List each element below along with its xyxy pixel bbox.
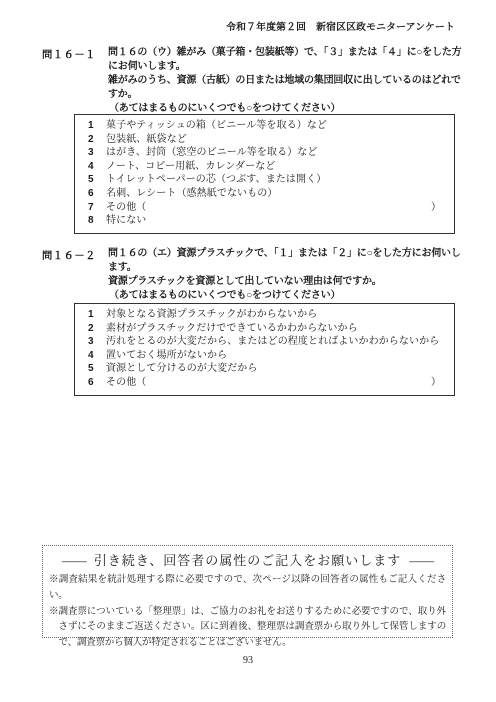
question-text-line: 問１６の（ウ）雑がみ（菓子箱・包装紙等）で、「３」または「４」に○をした方 [108,46,461,60]
option-row: 5 トイレットペーパーの芯（つぶす、または開く） [88,173,441,187]
notice-dash-right: ―― [409,553,433,568]
option-text: 名刺、レシート（感熱紙でないもの） [106,187,277,201]
attributes-notice-box: ――引き続き、回答者の属性のご記入をお願いします―― ※調査結果を統計処理する際… [42,545,453,638]
question-text-line: すか。 [108,88,461,102]
notice-title-text: 引き続き、回答者の属性のご記入をお願いします [94,553,401,568]
option-text: 菓子やティッシュの箱（ビニール等を取る）など [106,119,327,133]
notice-dash-left: ―― [62,553,86,568]
question-16-2-label: 問１６－２ [42,247,108,262]
question-text-line: 雑がみのうち、資源（古紙）の日または地域の集団回収に出しているのはどれで [108,74,461,88]
document-header: 令和７年度第２回 新宿区区政モニターアンケート [226,19,455,33]
question-16-2: 問１６－２ 問１６の（エ）資源プラスチックで、「１」または「２」に○をした方にお… [42,247,461,305]
questionnaire-page: 令和７年度第２回 新宿区区政モニターアンケート 問１６－１ 問１６の（ウ）雑がみ… [0,0,496,702]
question-text-line: ます。 [108,261,461,275]
option-text: その他（ [106,201,146,215]
question-text-line: にお伺いします。 [108,60,461,74]
question-text-line: 問１６の（エ）資源プラスチックで、「１」または「２」に○をした方にお伺いし [108,247,461,261]
option-text: 汚れをとるのが大変だから、またはどの程度とればよいかわからないから [106,335,439,349]
option-row: 3 汚れをとるのが大変だから、またはどの程度とればよいかわからないから [88,335,441,349]
option-text: ノート、コピー用紙、カレンダーなど [106,160,275,174]
option-number: 5 [88,173,106,187]
option-row: 4 ノート、コピー用紙、カレンダーなど [88,160,441,174]
option-row: 6 名刺、レシート（感熱紙でないもの） [88,187,441,201]
question-16-1: 問１６－１ 問１６の（ウ）雑がみ（菓子箱・包装紙等）で、「３」または「４」に○を… [42,46,461,118]
question-text-line: 資源プラスチックを資源として出していない理由は何ですか。 [108,275,461,289]
option-text: 包装紙、紙袋など [106,133,187,147]
option-number: 7 [88,201,106,215]
page-number: 93 [0,655,496,666]
option-text: トイレットペーパーの芯（つぶす、または開く） [106,173,326,187]
option-row: 1 対象となる資源プラスチックがわからないから [88,308,441,322]
option-number: 6 [88,376,106,390]
option-number: 2 [88,322,106,336]
option-number: 2 [88,133,106,147]
option-close-paren: ） [431,376,441,390]
option-number: 4 [88,349,106,363]
option-text: 置いておく場所がないから [106,349,227,363]
option-text: 対象となる資源プラスチックがわからないから [106,308,317,322]
option-row-other: 7 その他（ ） [88,201,441,215]
option-number: 1 [88,308,106,322]
option-text: 素材がプラスチックだけでできているかわからないから [106,322,358,336]
question-16-2-options-box: 1 対象となる資源プラスチックがわからないから 2 素材がプラスチックだけででき… [74,303,455,396]
option-number: 5 [88,362,106,376]
option-close-paren: ） [431,201,441,215]
option-row-other: 6 その他（ ） [88,376,441,390]
option-number: 6 [88,187,106,201]
notice-note: ※調査票についている「整理票」は、ご協力のお礼をお送りするために必要ですので、取… [49,605,446,652]
option-row: 8 特にない [88,214,441,228]
option-row: 2 素材がプラスチックだけでできているかわからないから [88,322,441,336]
option-row: 3 はがき、封筒（窓空のビニール等を取る）など [88,146,441,160]
option-row: 2 包装紙、紙袋など [88,133,441,147]
option-text: はがき、封筒（窓空のビニール等を取る）など [106,146,318,160]
notice-note: ※調査結果を統計処理する際に必要ですので、次ページ以降の回答者の属性もご記入くだ… [49,573,446,605]
option-number: 8 [88,214,106,228]
question-16-1-body: 問１６の（ウ）雑がみ（菓子箱・包装紙等）で、「３」または「４」に○をした方 にお… [108,46,461,118]
option-row: 1 菓子やティッシュの箱（ビニール等を取る）など [88,119,441,133]
option-number: 3 [88,335,106,349]
notice-title: ――引き続き、回答者の属性のご記入をお願いします―― [49,550,446,569]
option-row: 5 資源として分けるのが大変だから [88,362,441,376]
question-16-2-body: 問１６の（エ）資源プラスチックで、「１」または「２」に○をした方にお伺いし ます… [108,247,461,305]
option-number: 3 [88,146,106,160]
option-text: 特にない [106,214,146,228]
option-text: 資源として分けるのが大変だから [106,362,258,376]
option-number: 4 [88,160,106,174]
option-row: 4 置いておく場所がないから [88,349,441,363]
option-number: 1 [88,119,106,133]
option-text: その他（ [106,376,146,390]
question-16-1-label: 問１６－１ [42,46,108,61]
question-16-1-options-box: 1 菓子やティッシュの箱（ビニール等を取る）など 2 包装紙、紙袋など 3 はが… [74,114,455,234]
